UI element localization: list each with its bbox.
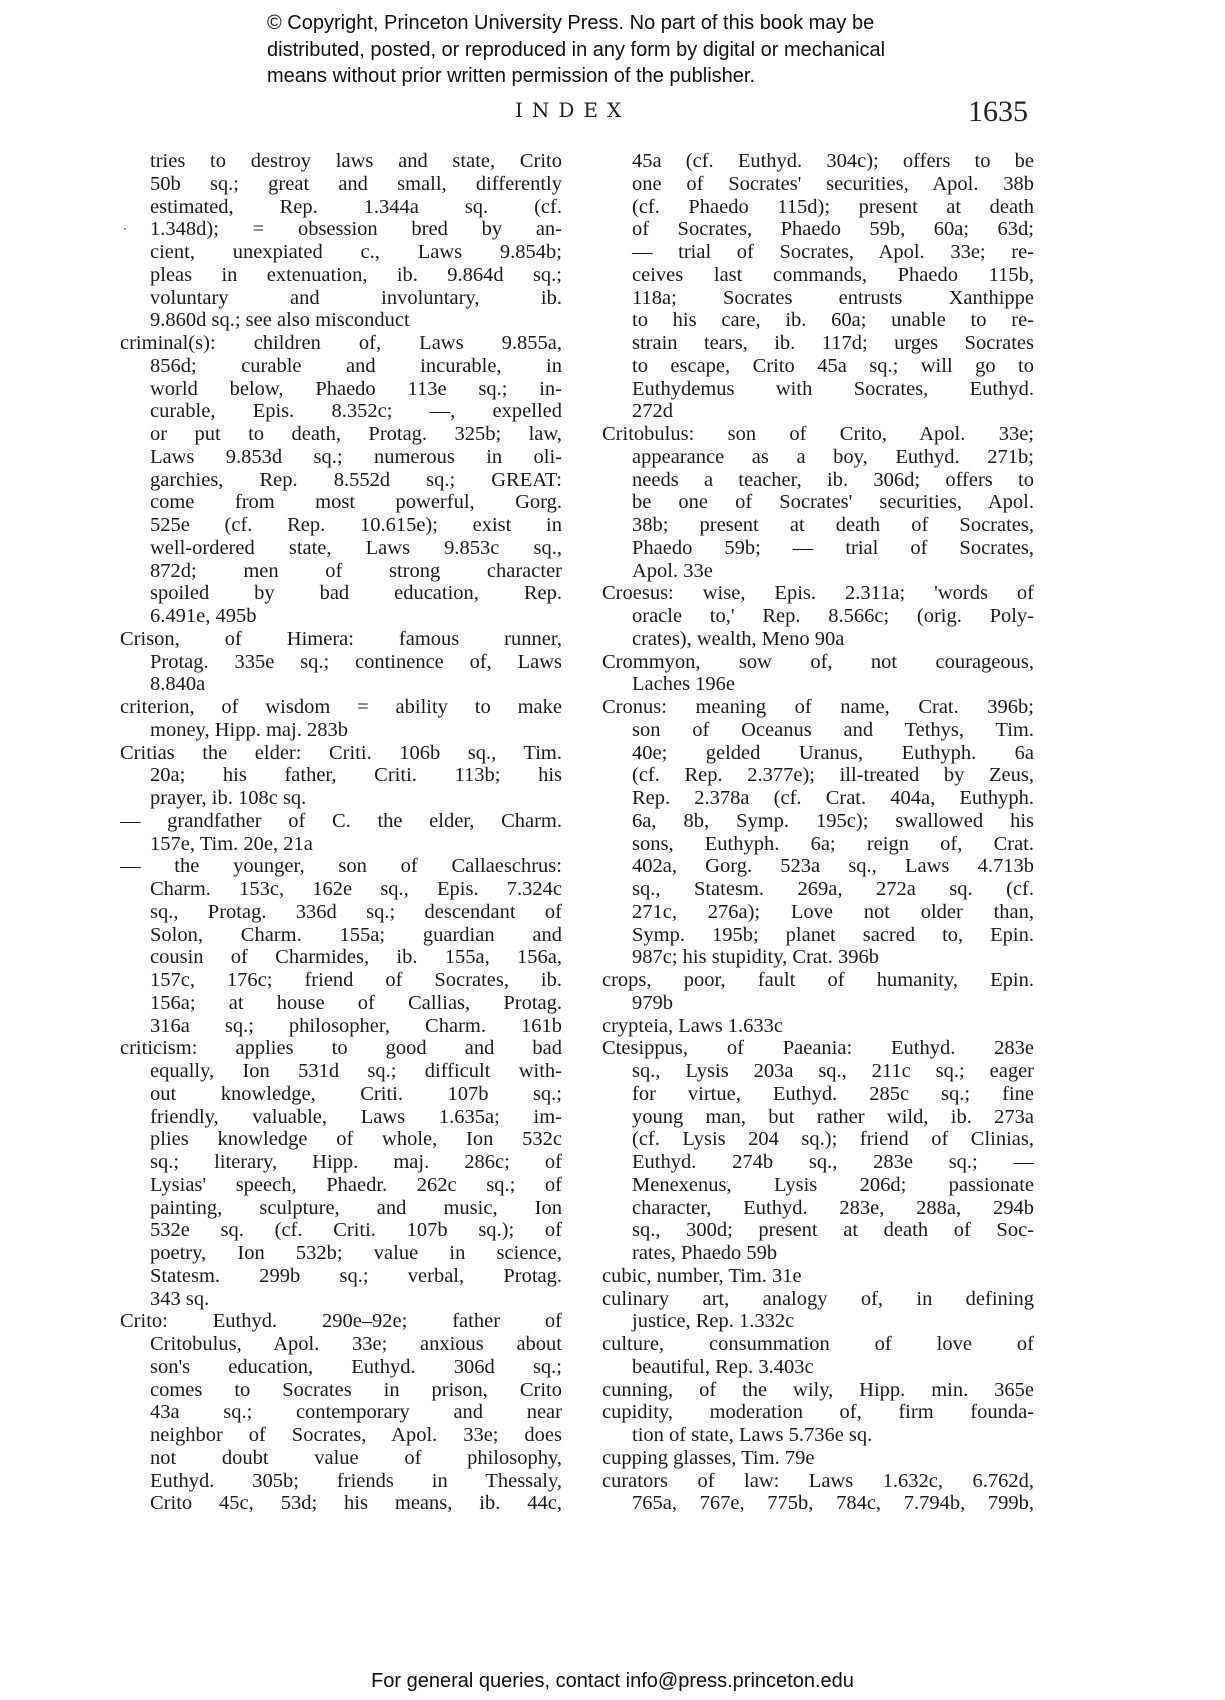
index-entry-line: — the younger, son of Callaeschrus: [120, 855, 562, 878]
index-continuation-line: world below, Phaedo 113e sq.; in- [120, 378, 562, 401]
index-continuation-line: oracle to,' Rep. 8.566c; (orig. Poly- [602, 605, 1034, 628]
index-entry-line: criterion, of wisdom = ability to make [120, 696, 562, 719]
index-continuation-line: neighbor of Socrates, Apol. 33e; does [120, 1424, 562, 1447]
index-continuation-line: Euthyd. 274b sq., 283e sq.; — [602, 1151, 1034, 1174]
index-continuation-line: garchies, Rep. 8.552d sq.; GREAT: [120, 469, 562, 492]
index-continuation-line: son's education, Euthyd. 306d sq.; [120, 1356, 562, 1379]
copyright-line: means without prior written permission o… [267, 63, 987, 90]
index-entry-line: criticism: applies to good and bad [120, 1037, 562, 1060]
copyright-notice: © Copyright, Princeton University Press.… [267, 10, 987, 90]
index-continuation-line: sq., 300d; present at death of Soc- [602, 1219, 1034, 1242]
index-continuation-line: sons, Euthyph. 6a; reign of, Crat. [602, 833, 1034, 856]
index-continuation-line: cousin of Charmides, ib. 155a, 156a, [120, 946, 562, 969]
index-continuation-line: to his care, ib. 60a; unable to re- [602, 309, 1034, 332]
index-continuation-line: Lysias' speech, Phaedr. 262c sq.; of [120, 1174, 562, 1197]
index-continuation-line: 20a; his father, Criti. 113b; his [120, 764, 562, 787]
index-continuation-line: 45a (cf. Euthyd. 304c); offers to be [602, 150, 1034, 173]
index-continuation-line: crates), wealth, Meno 90a [602, 628, 1034, 651]
index-continuation-line: 6.491e, 495b [120, 605, 562, 628]
index-continuation-line: ceives last commands, Phaedo 115b, [602, 264, 1034, 287]
index-continuation-line: Phaedo 59b; — trial of Socrates, [602, 537, 1034, 560]
footer-contact: For general queries, contact info@press.… [0, 1670, 1225, 1693]
index-entry-line: curators of law: Laws 1.632c, 6.762d, [602, 1470, 1034, 1493]
index-continuation-line: Symp. 195b; planet sacred to, Epin. [602, 924, 1034, 947]
index-continuation-line: come from most powerful, Gorg. [120, 491, 562, 514]
index-continuation-line: poetry, Ion 532b; value in science, [120, 1242, 562, 1265]
index-entry-line: culinary art, analogy of, in defining [602, 1288, 1034, 1311]
index-continuation-line: one of Socrates' securities, Apol. 38b [602, 173, 1034, 196]
index-continuation-line: well-ordered state, Laws 9.853c sq., [120, 537, 562, 560]
index-continuation-line: 9.860d sq.; see also misconduct [120, 309, 562, 332]
index-continuation-line: or put to death, Protag. 325b; law, [120, 423, 562, 446]
index-continuation-line: 271c, 276a); Love not older than, [602, 901, 1034, 924]
index-continuation-line: Charm. 153c, 162e sq., Epis. 7.324c [120, 878, 562, 901]
index-continuation-line: pleas in extenuation, ib. 9.864d sq.; [120, 264, 562, 287]
page-number: 1635 [968, 95, 1028, 129]
index-continuation-line: 38b; present at death of Socrates, [602, 514, 1034, 537]
index-continuation-line: plies knowledge of whole, Ion 532c [120, 1128, 562, 1151]
index-continuation-line: Menexenus, Lysis 206d; passionate [602, 1174, 1034, 1197]
index-entry-line: cupidity, moderation of, firm founda- [602, 1401, 1034, 1424]
index-continuation-line: son of Oceanus and Tethys, Tim. [602, 719, 1034, 742]
index-column-right: 45a (cf. Euthyd. 304c); offers to beone … [602, 150, 1034, 1515]
index-continuation-line: Euthyd. 305b; friends in Thessaly, [120, 1470, 562, 1493]
index-continuation-line: equally, Ion 531d sq.; difficult with- [120, 1060, 562, 1083]
index-entry-line: Ctesippus, of Paeania: Euthyd. 283e [602, 1037, 1034, 1060]
index-continuation-line: 157e, Tim. 20e, 21a [120, 833, 562, 856]
index-continuation-line: painting, sculpture, and music, Ion [120, 1197, 562, 1220]
index-continuation-line: tries to destroy laws and state, Crito [120, 150, 562, 173]
index-continuation-line: estimated, Rep. 1.344a sq. (cf. [120, 196, 562, 219]
index-continuation-line: 343 sq. [120, 1288, 562, 1311]
running-head: INDEX [515, 98, 630, 122]
index-continuation-line: Protag. 335e sq.; continence of, Laws [120, 651, 562, 674]
index-continuation-line: 525e (cf. Rep. 10.615e); exist in [120, 514, 562, 537]
index-entry-line: — grandfather of C. the elder, Charm. [120, 810, 562, 833]
index-continuation-line: beautiful, Rep. 3.403c [602, 1356, 1034, 1379]
index-continuation-line: 316a sq.; philosopher, Charm. 161b [120, 1015, 562, 1038]
index-entry-line: crypteia, Laws 1.633c [602, 1015, 1034, 1038]
index-continuation-line: 43a sq.; contemporary and near [120, 1401, 562, 1424]
index-continuation-line: Laws 9.853d sq.; numerous in oli- [120, 446, 562, 469]
index-continuation-line: spoiled by bad education, Rep. [120, 582, 562, 605]
index-entry-line: culture, consummation of love of [602, 1333, 1034, 1356]
index-continuation-line: appearance as a boy, Euthyd. 271b; [602, 446, 1034, 469]
index-continuation-line: tion of state, Laws 5.736e sq. [602, 1424, 1034, 1447]
index-continuation-line: — trial of Socrates, Apol. 33e; re- [602, 241, 1034, 264]
index-continuation-line: 856d; curable and incurable, in [120, 355, 562, 378]
index-continuation-line: 157c, 176c; friend of Socrates, ib. [120, 969, 562, 992]
index-continuation-line: cient, unexpiated c., Laws 9.854b; [120, 241, 562, 264]
index-continuation-line: comes to Socrates in prison, Crito [120, 1379, 562, 1402]
index-continuation-line: justice, Rep. 1.332c [602, 1310, 1034, 1333]
index-continuation-line: Rep. 2.378a (cf. Crat. 404a, Euthyph. [602, 787, 1034, 810]
index-continuation-line: money, Hipp. maj. 283b [120, 719, 562, 742]
index-continuation-line: 40e; gelded Uranus, Euthyph. 6a [602, 742, 1034, 765]
index-entry-line: Cronus: meaning of name, Crat. 396b; [602, 696, 1034, 719]
index-continuation-line: needs a teacher, ib. 306d; offers to [602, 469, 1034, 492]
index-continuation-line: for virtue, Euthyd. 285c sq.; fine [602, 1083, 1034, 1106]
index-continuation-line: 872d; men of strong character [120, 560, 562, 583]
index-continuation-line: 987c; his stupidity, Crat. 396b [602, 946, 1034, 969]
index-continuation-line: (cf. Rep. 2.377e); ill-treated by Zeus, [602, 764, 1034, 787]
index-continuation-line: 8.840a [120, 673, 562, 696]
index-continuation-line: Laches 196e [602, 673, 1034, 696]
index-continuation-line: (cf. Phaedo 115d); present at death [602, 196, 1034, 219]
index-continuation-line: 272d [602, 400, 1034, 423]
index-continuation-line: curable, Epis. 8.352c; —, expelled [120, 400, 562, 423]
index-entry-line: Critobulus: son of Crito, Apol. 33e; [602, 423, 1034, 446]
index-continuation-line: voluntary and involuntary, ib. [120, 287, 562, 310]
index-entry-line: crops, poor, fault of humanity, Epin. [602, 969, 1034, 992]
index-entry-line: Crison, of Himera: famous runner, [120, 628, 562, 651]
index-continuation-line: of Socrates, Phaedo 59b, 60a; 63d; [602, 218, 1034, 241]
index-entry-line: Critias the elder: Criti. 106b sq., Tim. [120, 742, 562, 765]
index-continuation-line: 118a; Socrates entrusts Xanthippe [602, 287, 1034, 310]
index-entry-line: Crito: Euthyd. 290e–92e; father of [120, 1310, 562, 1333]
index-continuation-line: 979b [602, 992, 1034, 1015]
index-continuation-line: sq., Statesm. 269a, 272a sq. (cf. [602, 878, 1034, 901]
index-continuation-line: Crito 45c, 53d; his means, ib. 44c, [120, 1492, 562, 1515]
copyright-line: distributed, posted, or reproduced in an… [267, 37, 987, 64]
index-continuation-line: Solon, Charm. 155a; guardian and [120, 924, 562, 947]
index-continuation-line: be one of Socrates' securities, Apol. [602, 491, 1034, 514]
index-column-left: tries to destroy laws and state, Crito50… [120, 150, 562, 1515]
index-continuation-line: to escape, Crito 45a sq.; will go to [602, 355, 1034, 378]
index-continuation-line: sq., Protag. 336d sq.; descendant of [120, 901, 562, 924]
index-continuation-line: Critobulus, Apol. 33e; anxious about [120, 1333, 562, 1356]
index-continuation-line: strain tears, ib. 117d; urges Socrates [602, 332, 1034, 355]
index-entry-line: Crommyon, sow of, not courageous, [602, 651, 1034, 674]
index-continuation-line: 50b sq.; great and small, differently [120, 173, 562, 196]
index-continuation-line: young man, but rather wild, ib. 273a [602, 1106, 1034, 1129]
index-entry-line: cupping glasses, Tim. 79e [602, 1447, 1034, 1470]
index-entry-line: Croesus: wise, Epis. 2.311a; 'words of [602, 582, 1034, 605]
index-continuation-line: 532e sq. (cf. Criti. 107b sq.); of [120, 1219, 562, 1242]
index-continuation-line: Statesm. 299b sq.; verbal, Protag. [120, 1265, 562, 1288]
index-continuation-line: friendly, valuable, Laws 1.635a; im- [120, 1106, 562, 1129]
copyright-line: © Copyright, Princeton University Press.… [267, 10, 987, 37]
index-continuation-line: out knowledge, Criti. 107b sq.; [120, 1083, 562, 1106]
index-continuation-line: 765a, 767e, 775b, 784c, 7.794b, 799b, [602, 1492, 1034, 1515]
index-continuation-line: prayer, ib. 108c sq. [120, 787, 562, 810]
index-continuation-line: character, Euthyd. 283e, 288a, 294b [602, 1197, 1034, 1220]
index-entry-line: cunning, of the wily, Hipp. min. 365e [602, 1379, 1034, 1402]
index-entry-line: criminal(s): children of, Laws 9.855a, [120, 332, 562, 355]
index-continuation-line: sq.; literary, Hipp. maj. 286c; of [120, 1151, 562, 1174]
index-continuation-line: 1.348d); = obsession bred by an- [120, 218, 562, 241]
index-continuation-line: sq., Lysis 203a sq., 211c sq.; eager [602, 1060, 1034, 1083]
index-continuation-line: rates, Phaedo 59b [602, 1242, 1034, 1265]
index-continuation-line: 402a, Gorg. 523a sq., Laws 4.713b [602, 855, 1034, 878]
index-continuation-line: not doubt value of philosophy, [120, 1447, 562, 1470]
index-continuation-line: 6a, 8b, Symp. 195c); swallowed his [602, 810, 1034, 833]
index-continuation-line: 156a; at house of Callias, Protag. [120, 992, 562, 1015]
index-continuation-line: Apol. 33e [602, 560, 1034, 583]
index-continuation-line: (cf. Lysis 204 sq.); friend of Clinias, [602, 1128, 1034, 1151]
index-entry-line: cubic, number, Tim. 31e [602, 1265, 1034, 1288]
index-continuation-line: Euthydemus with Socrates, Euthyd. [602, 378, 1034, 401]
